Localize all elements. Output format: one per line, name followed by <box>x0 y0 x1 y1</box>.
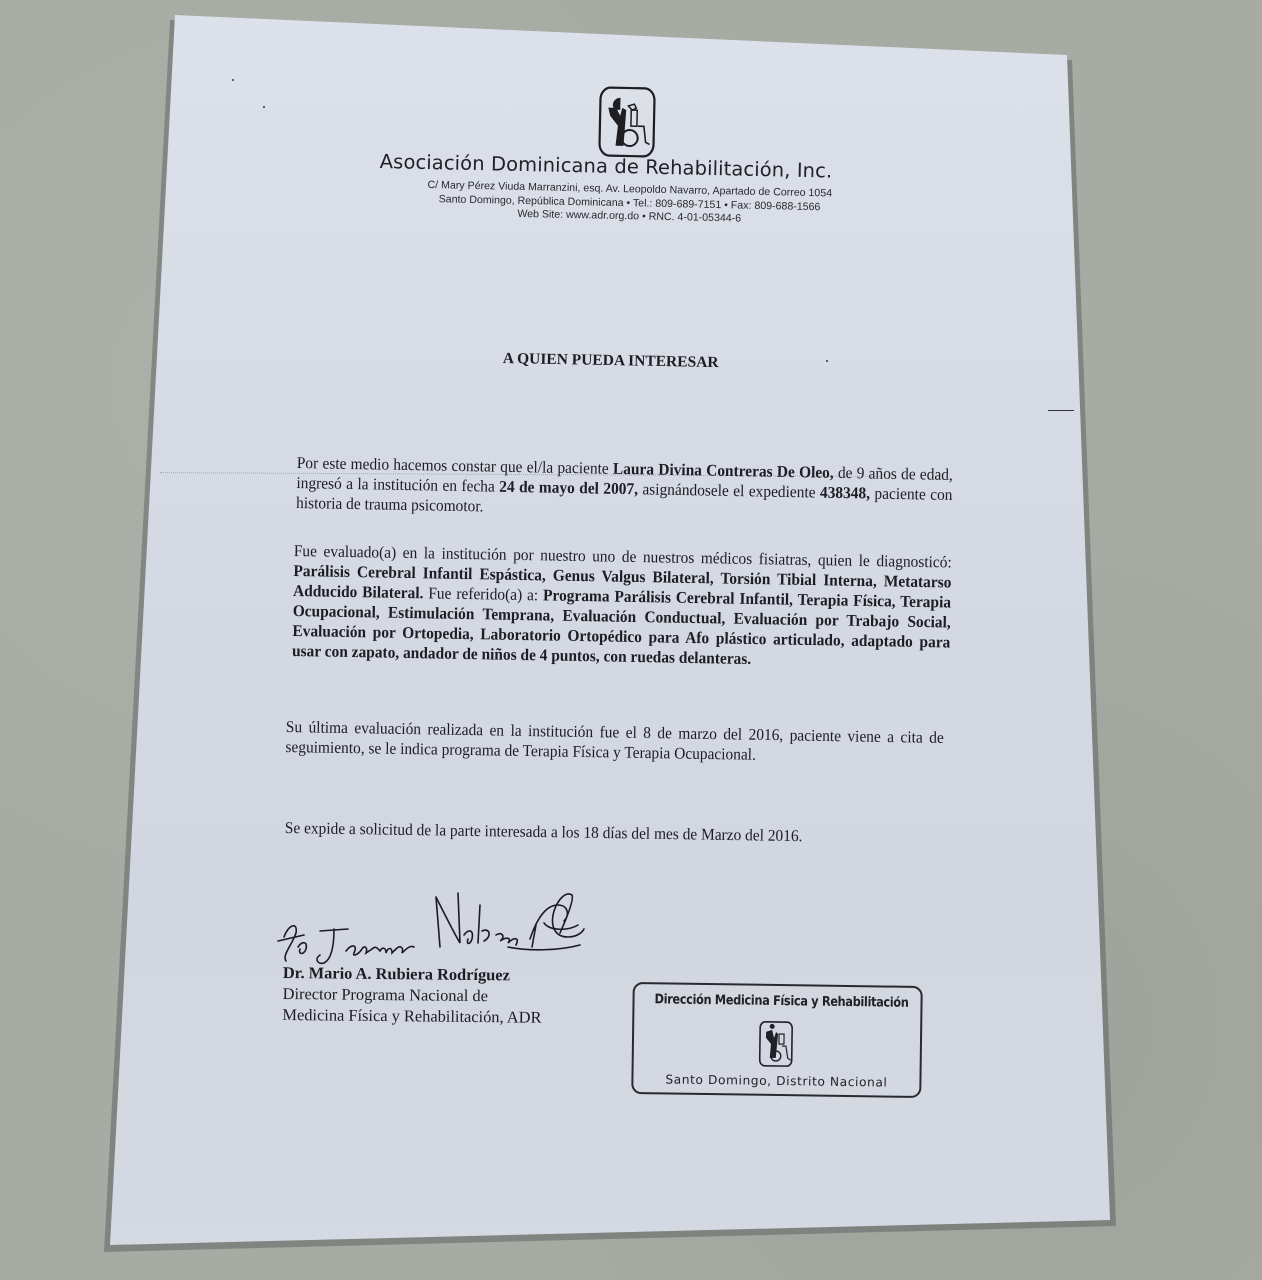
text: Fue referido(a) a: <box>423 583 543 604</box>
patient-name: Laura Divina Contreras De Oleo, <box>613 459 834 482</box>
signature-block: Dr. Mario A. Rubiera Rodríguez Director … <box>282 962 542 1028</box>
admission-date: 24 de mayo del 2007, <box>499 477 638 499</box>
signer-name: Dr. Mario A. Rubiera Rodríguez <box>283 962 542 986</box>
document-title: A QUIEN PUEDA INTERESAR <box>503 350 719 372</box>
paragraph-diagnosis: Fue evaluado(a) en la institución por nu… <box>292 541 952 672</box>
paper-speck <box>826 360 828 362</box>
record-number: 438348, <box>820 483 870 503</box>
wheelchair-person-logo-icon <box>597 85 656 158</box>
text: asignándosele el expediente <box>638 479 820 501</box>
paper-speck <box>263 106 265 108</box>
signer-position: Director Programa Nacional de <box>283 983 542 1007</box>
letter: Asociación Dominicana de Rehabilitación,… <box>0 0 1262 1280</box>
margin-mark <box>1048 410 1074 411</box>
paragraph-last-evaluation: Su última evaluación realizada en la ins… <box>285 717 944 768</box>
photo-scene: Asociación Dominicana de Rehabilitación,… <box>0 0 1262 1280</box>
organization-name: Asociación Dominicana de Rehabilitación,… <box>380 150 880 183</box>
wheelchair-person-logo-icon <box>758 1020 795 1068</box>
signer-position: Medicina Física y Rehabilitación, ADR <box>282 1004 541 1028</box>
stamp-title: Dirección Medicina Física y Rehabilitaci… <box>654 992 900 1010</box>
paragraph-patient-info: Por este medio hacemos constar que el/la… <box>296 453 953 525</box>
official-stamp: Dirección Medicina Física y Rehabilitaci… <box>631 982 923 1098</box>
paper-speck <box>232 79 234 81</box>
organization-address: C/ Mary Pérez Viuda Marranzini, esq. Av.… <box>379 178 880 229</box>
stamp-location: Santo Domingo, Distrito Nacional <box>633 1072 919 1090</box>
paragraph-issue-date: Se expide a solicitud de la parte intere… <box>285 818 943 848</box>
